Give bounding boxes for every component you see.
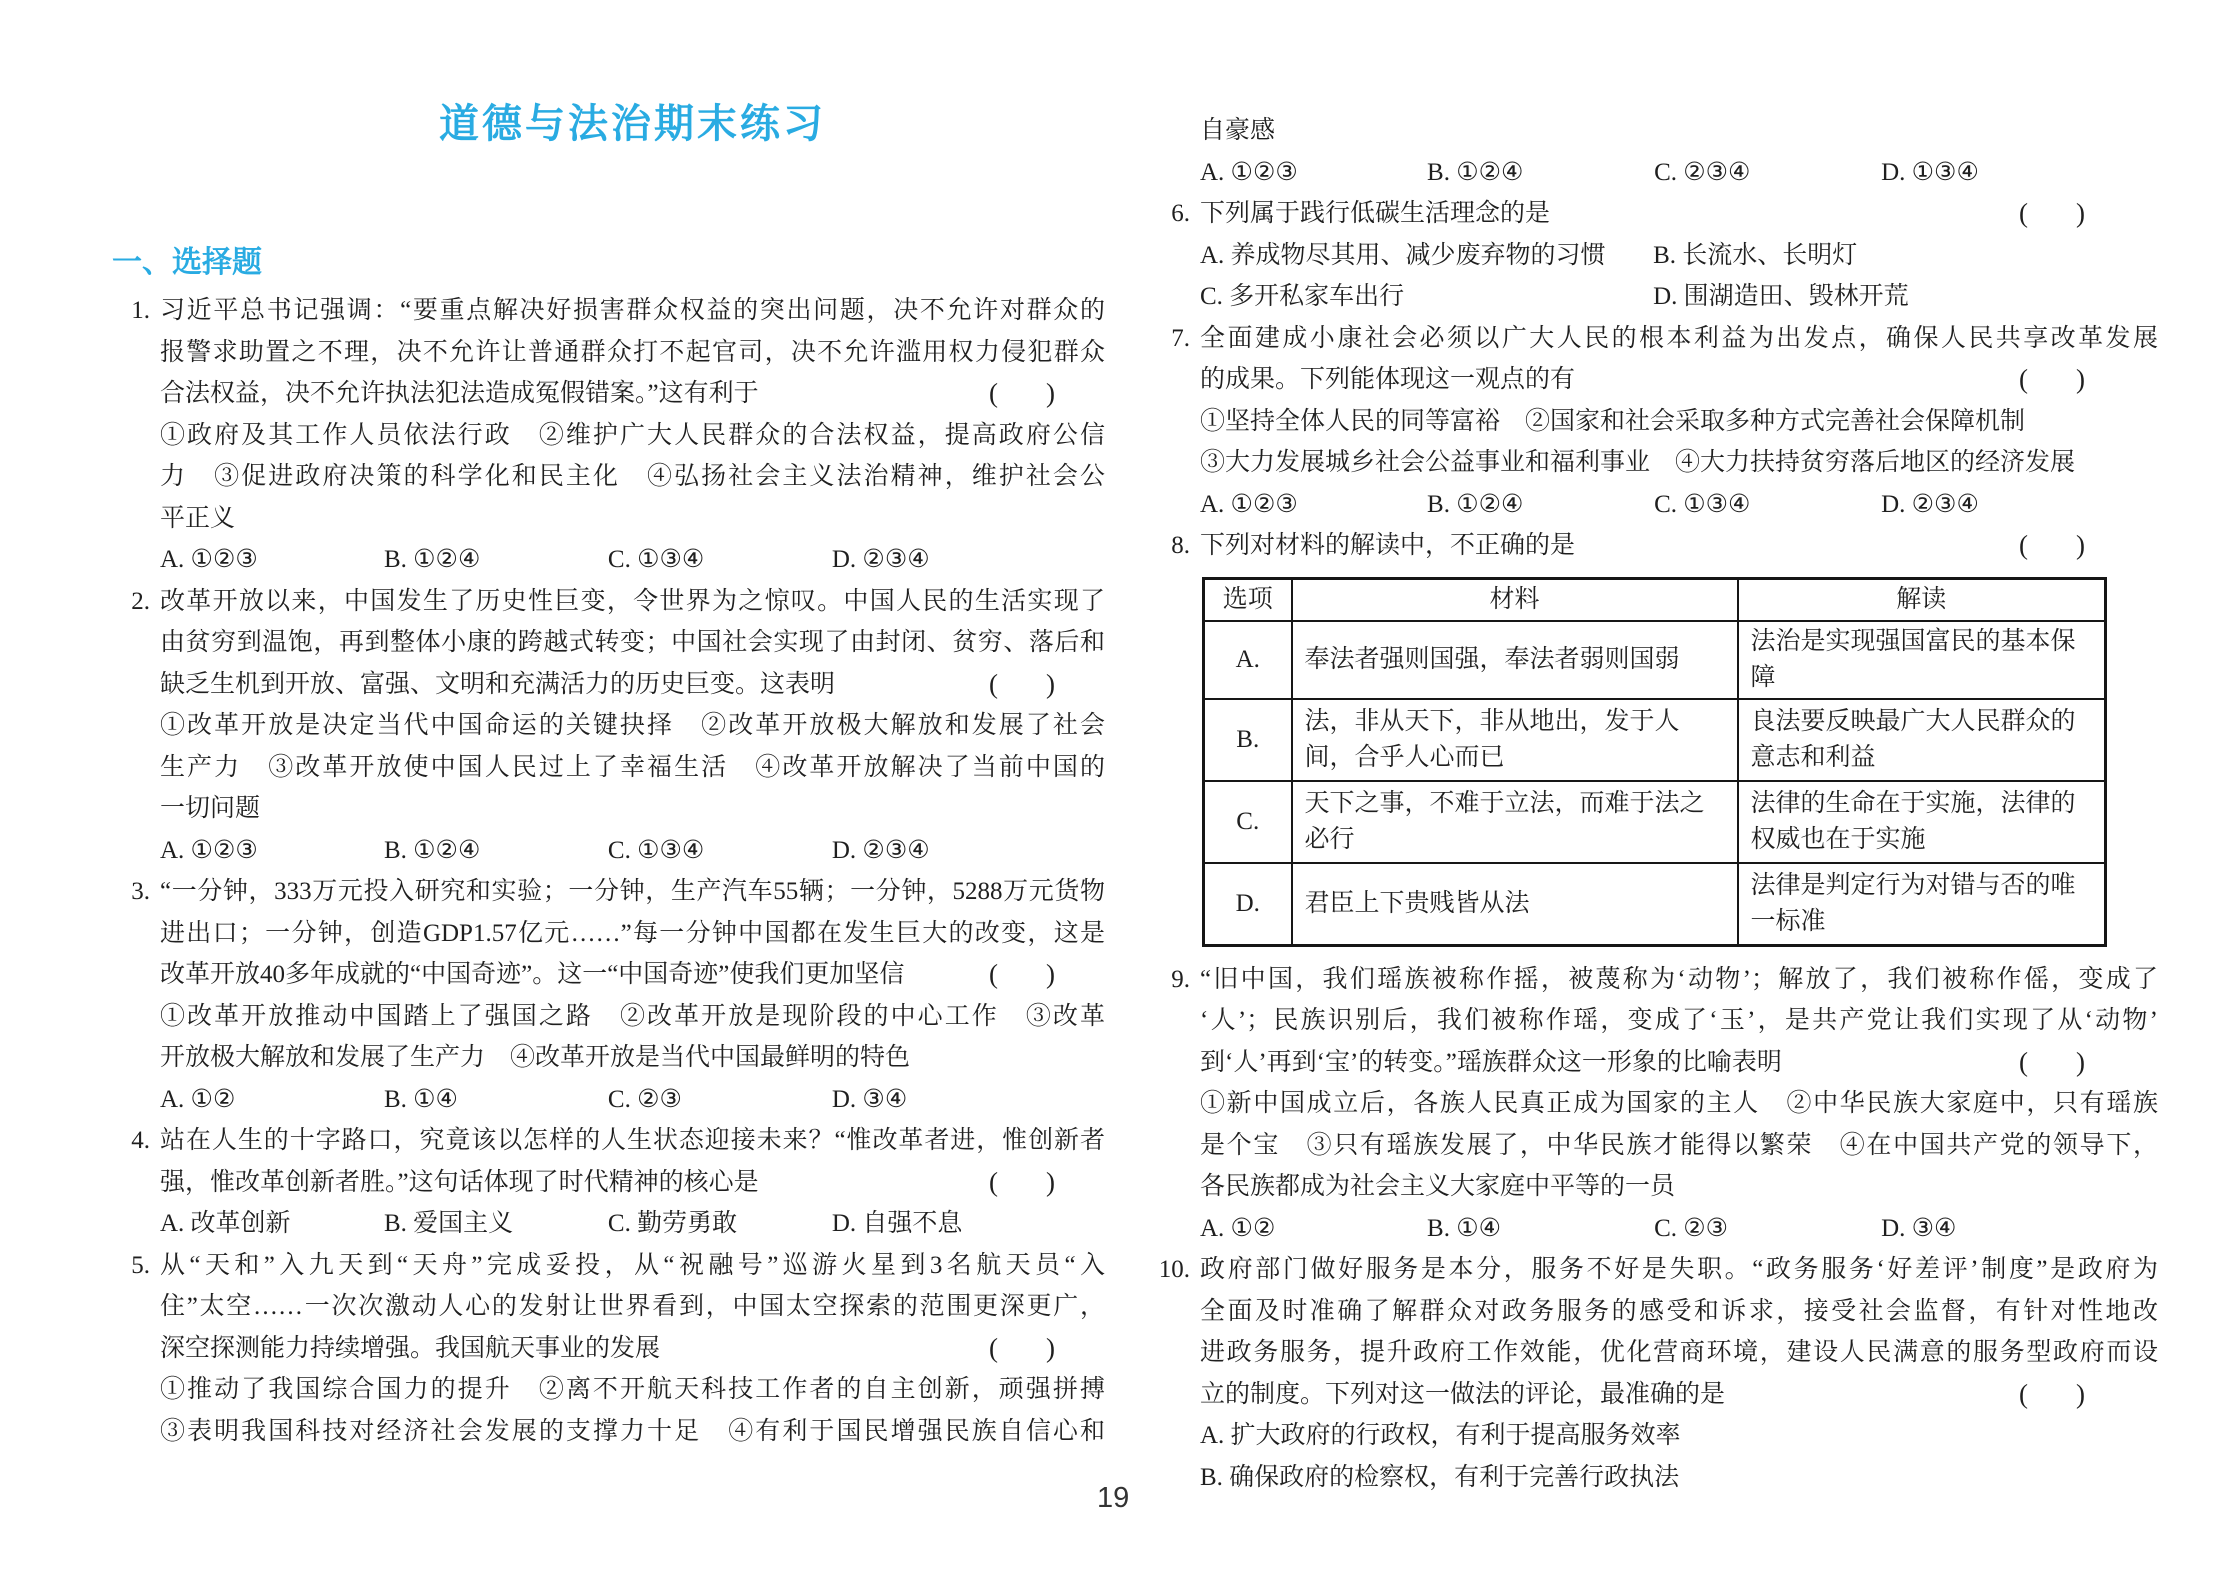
- option-a: A. ①②③: [1200, 152, 1427, 194]
- worksheet-page: 道德与法治期末练习 一、选择题 1. 习近平总书记强调：“要重点解决好损害群众权…: [0, 0, 2220, 1571]
- paren-close: ): [2076, 364, 2085, 394]
- table-row: A. 奉法者强则国强，奉法者弱则国弱 法治是实现强国富民的基本保障: [1204, 621, 2106, 699]
- question-9-options: A. ①② B. ①④ C. ②③ D. ③④: [1200, 1208, 2158, 1250]
- question-4-options: A. 改革创新 B. 爱国主义 C. 勤劳勇敢 D. 自强不息: [160, 1203, 1105, 1245]
- option-d: D. ②③④: [832, 830, 930, 872]
- answer-blank: (): [2019, 525, 2085, 567]
- question-10-number: 10.: [1152, 1249, 1190, 1291]
- paren-open: (: [989, 1167, 998, 1197]
- stem-text: 改革开放40多年成就的“中国奇迹”。这一“中国奇迹”使我们更加坚信: [160, 961, 904, 988]
- paren-close: ): [1046, 959, 1055, 989]
- table-header-option: 选项: [1204, 578, 1292, 621]
- question-4-stem-line: 强，惟改革创新者胜。”这句话体现了时代精神的核心是 (): [160, 1162, 1105, 1204]
- table-header-material: 材料: [1292, 578, 1738, 621]
- question-9-subitems-line: 各民族都成为社会主义大家庭中平等的一员: [1200, 1166, 2158, 1208]
- answer-blank: (): [989, 1162, 1055, 1204]
- table-header-row: 选项 材料 解读: [1204, 578, 2106, 621]
- question-7-options: A. ①②③ B. ①②④ C. ①③④ D. ②③④: [1200, 484, 2158, 526]
- option-c: C. ②③: [1654, 1208, 1881, 1250]
- page-title: 道德与法治期末练习: [160, 96, 1105, 152]
- question-2-options: A. ①②③ B. ①②④ C. ①③④ D. ②③④: [160, 830, 1105, 872]
- option-c: C. ①③④: [1654, 484, 1881, 526]
- question-9-subitems-line: ①新中国成立后，各族人民真正成为国家的主人 ②中华民族大家庭中，只有瑶族: [1200, 1083, 2158, 1125]
- table-row: D. 君臣上下贵贱皆从法 法律是判定行为对错与否的唯一标准: [1204, 863, 2106, 946]
- question-1-stem-line: 习近平总书记强调：“要重点解决好损害群众权益的突出问题，决不允许对群众的: [160, 290, 1105, 332]
- question-5: 5. 从“天和”入九天到“天舟”完成妥投，从“祝融号”巡游火星到3名航天员“入 …: [160, 1245, 1105, 1453]
- question-3-number: 3.: [112, 871, 150, 913]
- answer-blank: (): [989, 373, 1055, 415]
- option-c: C. ②③④: [1654, 152, 1881, 194]
- option-b: B. ①②④: [384, 830, 608, 872]
- question-5-number: 5.: [112, 1245, 150, 1287]
- right-column: 自豪感 A. ①②③ B. ①②④ C. ②③④ D. ①③④ 6. 下列属于践…: [1152, 0, 2158, 1498]
- option-d: D. ③④: [832, 1079, 907, 1121]
- question-2-subitems-line: ①改革开放是决定当代中国命运的关键抉择 ②改革开放极大解放和发展了社会: [160, 705, 1105, 747]
- answer-blank: (): [989, 954, 1055, 996]
- question-5-subitems-line: ③表明我国科技对经济社会发展的支撑力十足 ④有利于国民增强民族自信心和: [160, 1411, 1105, 1453]
- paren-close: ): [1046, 1333, 1055, 1363]
- stem-text: 下列对材料的解读中，不正确的是: [1200, 532, 1575, 559]
- question-5-stem-line: 住”太空……一次次激动人心的发射让世界看到，中国太空探索的范围更深更广，: [160, 1286, 1105, 1328]
- paren-open: (: [989, 378, 998, 408]
- question-10-option-b: B. 确保政府的检察权，有利于完善行政执法: [1200, 1457, 2158, 1499]
- question-9-stem-line: “旧中国，我们瑶族被称作摇，被蔑称为‘动物’；解放了，我们被称作傜，变成了: [1200, 959, 2158, 1001]
- question-4-stem-line: 站在人生的十字路口，究竟该以怎样的人生状态迎接未来？“惟改革者进，惟创新者: [160, 1120, 1105, 1162]
- paren-open: (: [2019, 530, 2028, 560]
- question-6-stem-line: 下列属于践行低碳生活理念的是 (): [1200, 193, 2158, 235]
- paren-close: ): [1046, 378, 1055, 408]
- answer-blank: (): [2019, 193, 2085, 235]
- option-a: A. ①②: [160, 1079, 384, 1121]
- table-cell-option: D.: [1204, 863, 1292, 946]
- option-b: B. ①②④: [1427, 484, 1654, 526]
- paren-close: ): [1046, 669, 1055, 699]
- option-c: C. ①③④: [608, 539, 832, 581]
- paren-close: ): [2076, 530, 2085, 560]
- question-2-stem-line: 缺乏生机到开放、富强、文明和充满活力的历史巨变。这表明 (): [160, 664, 1105, 706]
- table-cell-option: B.: [1204, 699, 1292, 781]
- question-7: 7. 全面建成小康社会必须以广大人民的根本利益为出发点，确保人民共享改革发展 的…: [1200, 318, 2158, 526]
- table-cell-option: C.: [1204, 781, 1292, 863]
- stem-text: 到‘人’再到‘宝’的转变。”瑶族群众这一形象的比喻表明: [1200, 1049, 1782, 1076]
- question-3-stem-line: “一分钟，333万元投入研究和实验；一分钟，生产汽车55辆；一分钟，5288万元…: [160, 871, 1105, 913]
- question-10-stem-line: 政府部门做好服务是本分，服务不好是失职。“政务服务‘好差评’制度”是政府为: [1200, 1249, 2158, 1291]
- stem-text: 强，惟改革创新者胜。”这句话体现了时代精神的核心是: [160, 1169, 759, 1196]
- option-d: D. ②③④: [1881, 484, 1979, 526]
- question-4-number: 4.: [112, 1120, 150, 1162]
- question-7-number: 7.: [1152, 318, 1190, 360]
- paren-open: (: [989, 669, 998, 699]
- question-8: 8. 下列对材料的解读中，不正确的是 () 选项 材料 解读 A. 奉法者强则国…: [1200, 525, 2158, 947]
- option-a: A. 养成物尽其用、减少废弃物的习惯: [1200, 235, 1653, 277]
- question-9-number: 9.: [1152, 959, 1190, 1001]
- option-b: B. ①④: [1427, 1208, 1654, 1250]
- question-3-options: A. ①② B. ①④ C. ②③ D. ③④: [160, 1079, 1105, 1121]
- option-a: A. ①②: [1200, 1208, 1427, 1250]
- paren-close: ): [2076, 1047, 2085, 1077]
- question-5-options: A. ①②③ B. ①②④ C. ②③④ D. ①③④: [1200, 152, 2158, 194]
- question-8-number: 8.: [1152, 525, 1190, 567]
- question-6-options-row-2: C. 多开私家车出行 D. 围湖造田、毁林开荒: [1200, 276, 2158, 318]
- question-3-stem-line: 改革开放40多年成就的“中国奇迹”。这一“中国奇迹”使我们更加坚信 (): [160, 954, 1105, 996]
- paren-open: (: [989, 1333, 998, 1363]
- question-6-options-row-1: A. 养成物尽其用、减少废弃物的习惯 B. 长流水、长明灯: [1200, 235, 2158, 277]
- stem-text: 的成果。下列能体现这一观点的有: [1200, 366, 1575, 393]
- question-9-subitems-line: 是个宝 ③只有瑶族发展了，中华民族才能得以繁荣 ④在中国共产党的领导下，: [1200, 1125, 2158, 1167]
- question-1-stem-line: 合法权益，决不允许执法犯法造成冤假错案。”这有利于 (): [160, 373, 1105, 415]
- option-d: D. 围湖造田、毁林开荒: [1653, 276, 1909, 318]
- question-8-table: 选项 材料 解读 A. 奉法者强则国强，奉法者弱则国弱 法治是实现强国富民的基本…: [1202, 577, 2107, 947]
- option-b: B. 长流水、长明灯: [1653, 235, 1857, 277]
- question-5-subitems-continuation: 自豪感: [1200, 110, 2158, 152]
- question-9-stem-line: ‘人’；民族识别后，我们被称作瑶，变成了‘玉’，是共产党让我们实现了从‘动物’: [1200, 1000, 2158, 1042]
- option-c: C. 勤劳勇敢: [608, 1203, 832, 1245]
- stem-text: 深空探测能力持续增强。我国航天事业的发展: [160, 1335, 660, 1362]
- table-row: B. 法，非从天下，非从地出，发于人间，合乎人心而已 良法要反映最广大人民群众的…: [1204, 699, 2106, 781]
- question-4: 4. 站在人生的十字路口，究竟该以怎样的人生状态迎接未来？“惟改革者进，惟创新者…: [160, 1120, 1105, 1245]
- question-3-subitems-line: 开放极大解放和发展了生产力 ④改革开放是当代中国最鲜明的特色: [160, 1037, 1105, 1079]
- question-6: 6. 下列属于践行低碳生活理念的是 () A. 养成物尽其用、减少废弃物的习惯 …: [1200, 193, 2158, 318]
- question-5-continued: 自豪感 A. ①②③ B. ①②④ C. ②③④ D. ①③④: [1200, 110, 2158, 193]
- paren-close: ): [2076, 1379, 2085, 1409]
- table-cell-option: A.: [1204, 621, 1292, 699]
- paren-open: (: [2019, 1047, 2028, 1077]
- answer-blank: (): [989, 1328, 1055, 1370]
- table-cell-material: 君臣上下贵贱皆从法: [1292, 863, 1738, 946]
- table-header-interpretation: 解读: [1738, 578, 2106, 621]
- table-cell-interpretation: 法律是判定行为对错与否的唯一标准: [1738, 863, 2106, 946]
- paren-close: ): [2076, 198, 2085, 228]
- question-3-stem-line: 进出口；一分钟，创造GDP1.57亿元……”每一分钟中国都在发生巨大的改变，这是: [160, 913, 1105, 955]
- question-9-stem-line: 到‘人’再到‘宝’的转变。”瑶族群众这一形象的比喻表明 (): [1200, 1042, 2158, 1084]
- table-cell-interpretation: 良法要反映最广大人民群众的意志和利益: [1738, 699, 2106, 781]
- question-1-subitems-line: ①政府及其工作人员依法行政 ②维护广大人民群众的合法权益，提高政府公信: [160, 415, 1105, 457]
- answer-blank: (): [2019, 359, 2085, 401]
- option-d: D. ③④: [1881, 1208, 1956, 1250]
- option-b: B. ①④: [384, 1079, 608, 1121]
- question-3: 3. “一分钟，333万元投入研究和实验；一分钟，生产汽车55辆；一分钟，528…: [160, 871, 1105, 1120]
- question-7-subitems-line: ③大力发展城乡社会公益事业和福利事业 ④大力扶持贫穷落后地区的经济发展: [1200, 442, 2158, 484]
- question-3-subitems-line: ①改革开放推动中国踏上了强国之路 ②改革开放是现阶段的中心工作 ③改革: [160, 996, 1105, 1038]
- question-10-stem-line: 全面及时准确了解群众对政务服务的感受和诉求，接受社会监督，有针对性地改: [1200, 1291, 2158, 1333]
- table-cell-material: 法，非从天下，非从地出，发于人间，合乎人心而已: [1292, 699, 1738, 781]
- option-a: A. 改革创新: [160, 1203, 384, 1245]
- option-d: D. ②③④: [832, 539, 930, 581]
- question-5-subitems-line: ①推动了我国综合国力的提升 ②离不开航天科技工作者的自主创新，顽强拼搏: [160, 1369, 1105, 1411]
- option-a: A. ①②③: [160, 539, 384, 581]
- paren-open: (: [2019, 198, 2028, 228]
- question-10: 10. 政府部门做好服务是本分，服务不好是失职。“政务服务‘好差评’制度”是政府…: [1200, 1249, 2158, 1498]
- option-c: C. ②③: [608, 1079, 832, 1121]
- stem-text: 下列属于践行低碳生活理念的是: [1200, 200, 1550, 227]
- question-2-stem-line: 改革开放以来，中国发生了历史性巨变，令世界为之惊叹。中国人民的生活实现了: [160, 581, 1105, 623]
- table-cell-interpretation: 法治是实现强国富民的基本保障: [1738, 621, 2106, 699]
- stem-text: 合法权益，决不允许执法犯法造成冤假错案。”这有利于: [160, 380, 759, 407]
- question-7-stem-line: 全面建成小康社会必须以广大人民的根本利益为出发点，确保人民共享改革发展: [1200, 318, 2158, 360]
- question-6-number: 6.: [1152, 193, 1190, 235]
- option-a: A. ①②③: [1200, 484, 1427, 526]
- option-c: C. ①③④: [608, 830, 832, 872]
- question-7-stem-line: 的成果。下列能体现这一观点的有 (): [1200, 359, 2158, 401]
- stem-text: 立的制度。下列对这一做法的评论，最准确的是: [1200, 1381, 1725, 1408]
- question-5-stem-line: 从“天和”入九天到“天舟”完成妥投，从“祝融号”巡游火星到3名航天员“入: [160, 1245, 1105, 1287]
- question-10-stem-line: 立的制度。下列对这一做法的评论，最准确的是 (): [1200, 1374, 2158, 1416]
- question-10-stem-line: 进政务服务，提升政府工作效能，优化营商环境，建设人民满意的服务型政府而设: [1200, 1332, 2158, 1374]
- question-1-subitems-line: 力 ③促进政府决策的科学化和民主化 ④弘扬社会主义法治精神，维护社会公: [160, 456, 1105, 498]
- paren-open: (: [2019, 364, 2028, 394]
- page-number: 19: [1097, 1482, 1129, 1515]
- question-7-subitems-line: ①坚持全体人民的同等富裕 ②国家和社会采取多种方式完善社会保障机制: [1200, 401, 2158, 443]
- option-d: D. ①③④: [1881, 152, 1979, 194]
- option-b: B. ①②④: [1427, 152, 1654, 194]
- question-9: 9. “旧中国，我们瑶族被称作摇，被蔑称为‘动物’；解放了，我们被称作傜，变成了…: [1200, 959, 2158, 1250]
- question-2-stem-line: 由贫穷到温饱，再到整体小康的跨越式转变；中国社会实现了由封闭、贫穷、落后和: [160, 622, 1105, 664]
- stem-text: 缺乏生机到开放、富强、文明和充满活力的历史巨变。这表明: [160, 671, 835, 698]
- paren-open: (: [2019, 1379, 2028, 1409]
- table-cell-material: 奉法者强则国强，奉法者弱则国弱: [1292, 621, 1738, 699]
- section-heading: 一、选择题: [112, 242, 1105, 284]
- paren-open: (: [989, 959, 998, 989]
- question-1-stem-line: 报警求助置之不理，决不允许让普通群众打不起官司，决不允许滥用权力侵犯群众: [160, 332, 1105, 374]
- table-cell-interpretation: 法律的生命在于实施，法律的权威也在于实施: [1738, 781, 2106, 863]
- question-1-subitems-line: 平正义: [160, 498, 1105, 540]
- option-a: A. ①②③: [160, 830, 384, 872]
- option-b: B. ①②④: [384, 539, 608, 581]
- answer-blank: (): [2019, 1374, 2085, 1416]
- option-d: D. 自强不息: [832, 1203, 963, 1245]
- table-cell-material: 天下之事，不难于立法，而难于法之必行: [1292, 781, 1738, 863]
- question-1-number: 1.: [112, 290, 150, 332]
- question-2: 2. 改革开放以来，中国发生了历史性巨变，令世界为之惊叹。中国人民的生活实现了 …: [160, 581, 1105, 872]
- table-row: C. 天下之事，不难于立法，而难于法之必行 法律的生命在于实施，法律的权威也在于…: [1204, 781, 2106, 863]
- question-2-subitems-line: 一切问题: [160, 788, 1105, 830]
- paren-close: ): [1046, 1167, 1055, 1197]
- option-b: B. 爱国主义: [384, 1203, 608, 1245]
- question-2-number: 2.: [112, 581, 150, 623]
- question-5-stem-line: 深空探测能力持续增强。我国航天事业的发展 (): [160, 1328, 1105, 1370]
- question-8-stem-line: 下列对材料的解读中，不正确的是 (): [1200, 525, 2158, 567]
- answer-blank: (): [2019, 1042, 2085, 1084]
- question-1-options: A. ①②③ B. ①②④ C. ①③④ D. ②③④: [160, 539, 1105, 581]
- question-10-option-a: A. 扩大政府的行政权，有利于提高服务效率: [1200, 1415, 2158, 1457]
- option-c: C. 多开私家车出行: [1200, 276, 1653, 318]
- question-1: 1. 习近平总书记强调：“要重点解决好损害群众权益的突出问题，决不允许对群众的 …: [160, 290, 1105, 581]
- question-2-subitems-line: 生产力 ③改革开放使中国人民过上了幸福生活 ④改革开放解决了当前中国的: [160, 747, 1105, 789]
- left-column: 道德与法治期末练习 一、选择题 1. 习近平总书记强调：“要重点解决好损害群众权…: [112, 0, 1105, 1452]
- answer-blank: (): [989, 664, 1055, 706]
